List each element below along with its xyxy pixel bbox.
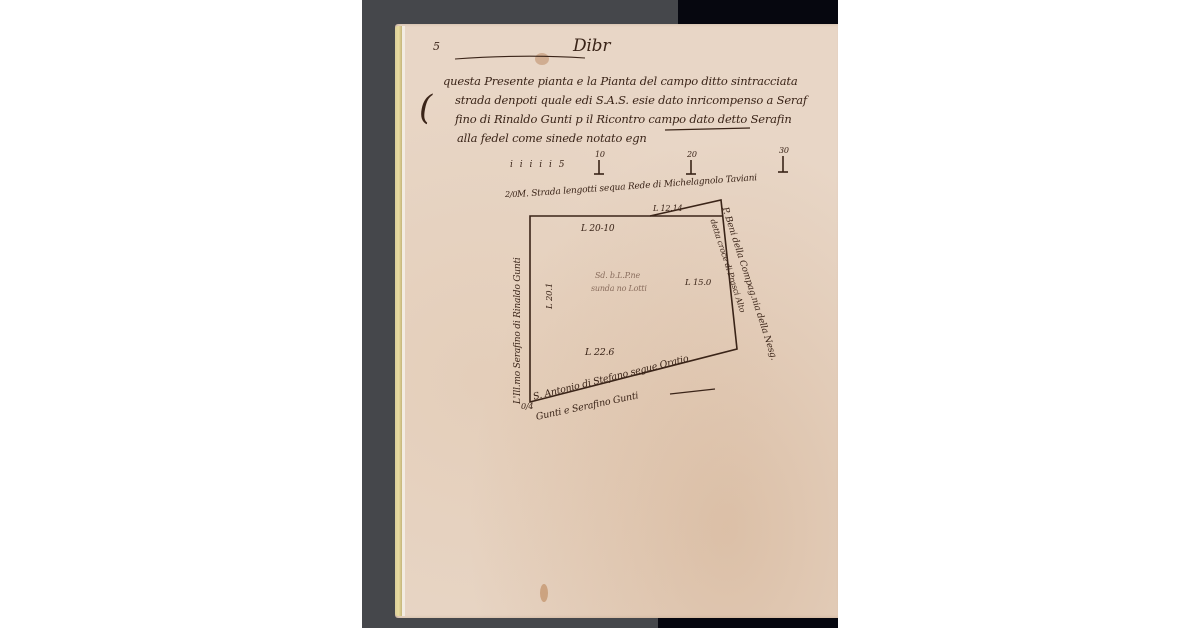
scan-background-dark-bottom <box>658 618 838 628</box>
measure-left-inner: L 20.1 <box>545 283 555 309</box>
center-note-1: Sd. b.L.P.ne <box>595 271 640 280</box>
page-binding-edge <box>395 26 402 616</box>
manuscript-page: 5 Dibr questa Presente pianta e la Piant… <box>395 24 838 618</box>
measure-top-inner: L 20-10 <box>581 224 614 234</box>
plan-bottom-fraction: 0/4 <box>521 402 533 411</box>
measure-top-wedge: L 12.14 <box>653 204 682 213</box>
page-edge <box>402 26 405 616</box>
measure-bottom-inner: L 22.6 <box>585 347 614 358</box>
center-note-2: sunda no Lotti <box>591 284 647 293</box>
plan-left-boundary-label: L'Ill.mo Serafino di Rinaldo Gunti <box>513 257 523 404</box>
manuscript-scan: 5 Dibr questa Presente pianta e la Piant… <box>362 0 838 628</box>
measure-right-inner: L 15.0 <box>685 278 711 288</box>
plan-top-fraction: 2/0 <box>505 190 517 199</box>
land-plot-diagram <box>395 24 838 618</box>
scan-background-dark <box>678 0 838 26</box>
